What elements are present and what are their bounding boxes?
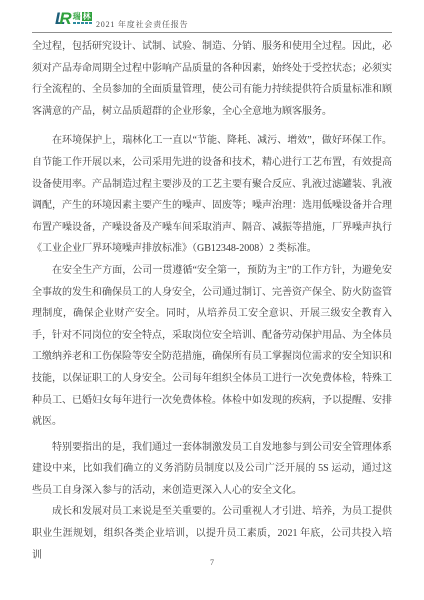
logo-company-name: 瑞林 bbox=[73, 12, 92, 21]
page-number: 7 bbox=[0, 558, 424, 567]
report-page: LR 瑞林 2021 年度社会责任报告 全过程，包括研究设计、试制、试验、制造、… bbox=[0, 0, 424, 600]
body-paragraph: 成长和发展对员工来说是至关重要的。公司重视人才引进、培养，为员工提供职业生涯规划… bbox=[32, 501, 392, 566]
logo-text-block: 瑞林 bbox=[73, 12, 92, 24]
logo-subtext-bars bbox=[73, 22, 92, 24]
logo-cn-second: 林 bbox=[82, 12, 92, 21]
body-paragraph: 在环境保护上，瑞林化工一直以“节能、降耗、减污、增效”，做好环保工作。自节能工作… bbox=[32, 130, 392, 260]
body-paragraph: 在安全生产方面，公司一贯遵循“安全第一，预防为主”的工作方针，为避免安全事故的发… bbox=[32, 260, 392, 433]
logo-lr-mark-icon: LR bbox=[55, 10, 71, 28]
report-body: 全过程，包括研究设计、试制、试验、制造、分销、服务和使用全过程。因此，必须对产品… bbox=[32, 36, 392, 566]
company-logo: LR 瑞林 bbox=[55, 10, 92, 30]
logo-cn-first: 瑞 bbox=[73, 12, 81, 21]
body-paragraph: 特别要指出的是，我们通过一套体制激发员工自发地参与到公司安全管理体系建设中来，比… bbox=[32, 437, 392, 502]
header-divider bbox=[32, 32, 392, 33]
report-header-title: 2021 年度社会责任报告 bbox=[96, 19, 188, 30]
body-paragraph: 全过程，包括研究设计、试制、试验、制造、分销、服务和使用全过程。因此，必须对产品… bbox=[32, 36, 392, 122]
logo-mark-letter-r: R bbox=[59, 9, 70, 28]
